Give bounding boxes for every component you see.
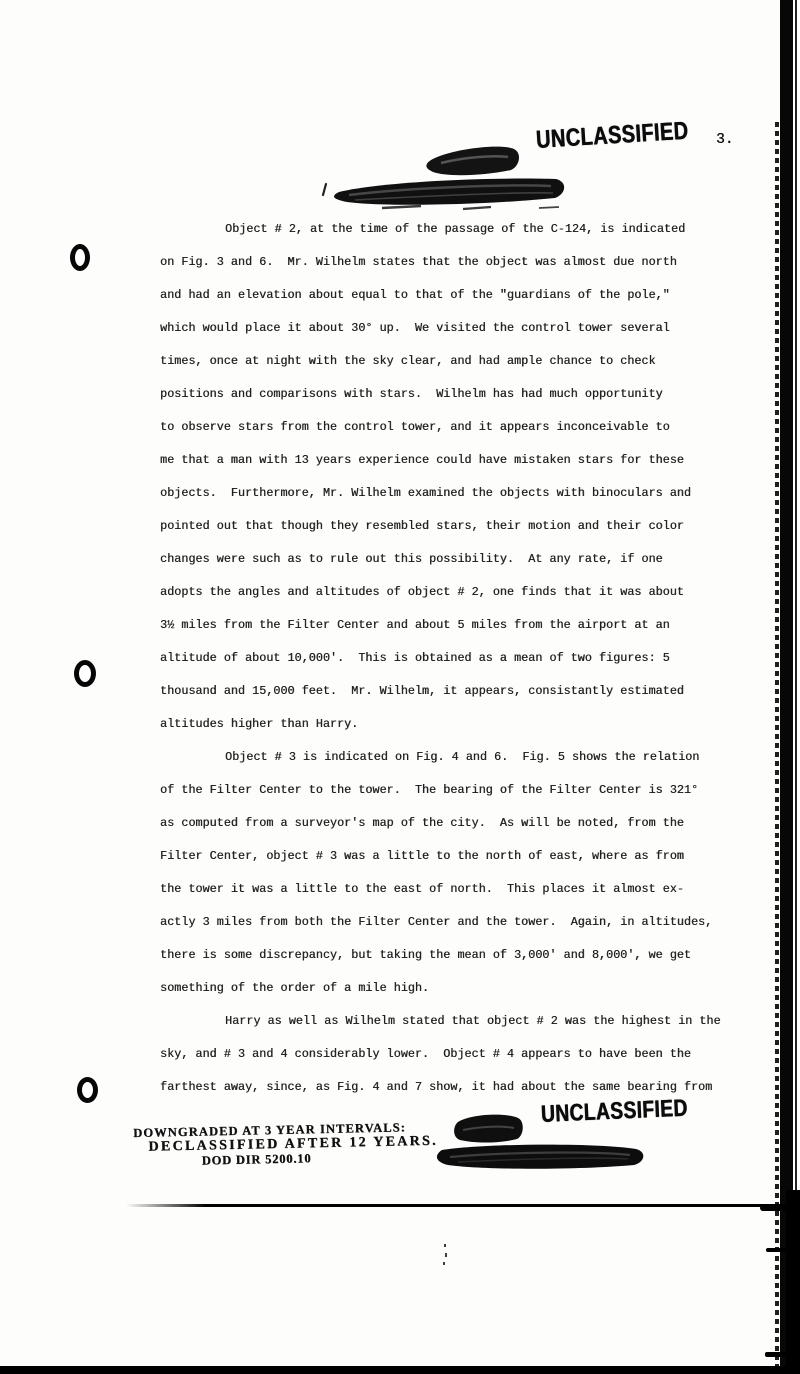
typed-line: and had an elevation about equal to that… [160, 279, 735, 312]
typed-line: positions and comparisons with stars. Wi… [160, 378, 735, 411]
typed-line: actly 3 miles from both the Filter Cente… [160, 906, 735, 939]
typed-line: Object # 2, at the time of the passage o… [160, 213, 735, 246]
downgrade-line-3: DOD DIR 5200.10 [202, 1151, 312, 1168]
redaction-scribble-top [315, 136, 585, 214]
typed-line: Harry as well as Wilhelm stated that obj… [160, 1005, 735, 1038]
typed-line: thousand and 15,000 feet. Mr. Wilhelm, i… [160, 675, 735, 708]
typed-line: me that a man with 13 years experience c… [160, 444, 735, 477]
scan-edge-right-band [780, 0, 793, 1374]
downgrade-stamp: DOWNGRADED AT 3 YEAR INTERVALS: DECLASSI… [131, 1119, 462, 1178]
typed-line: to observe stars from the control tower,… [160, 411, 735, 444]
redaction-scribble-bottom [428, 1104, 658, 1174]
hole-punch-bottom [77, 1077, 98, 1103]
scan-tick-mark [766, 1248, 791, 1252]
scan-horizontal-line [126, 1204, 788, 1207]
typed-line: altitudes higher than Harry. [160, 708, 735, 741]
typed-line: as computed from a surveyor's map of the… [160, 807, 735, 840]
typed-line: adopts the angles and altitudes of objec… [160, 576, 735, 609]
typed-line: altitude of about 10,000'. This is obtai… [160, 642, 735, 675]
typed-line: changes were such as to rule out this po… [160, 543, 735, 576]
typed-line: something of the order of a mile high. [160, 972, 735, 1005]
document-body: Object # 2, at the time of the passage o… [160, 213, 735, 1104]
scan-speck [445, 1253, 447, 1257]
typed-line: 3½ miles from the Filter Center and abou… [160, 609, 735, 642]
scan-edge-rough-line [775, 122, 779, 1374]
typed-line: there is some discrepancy, but taking th… [160, 939, 735, 972]
typed-line: pointed out that though they resembled s… [160, 510, 735, 543]
typed-line: times, once at night with the sky clear,… [160, 345, 735, 378]
scan-edge-right-band-lower [786, 1190, 800, 1374]
typed-line: objects. Furthermore, Mr. Wilhelm examin… [160, 477, 735, 510]
hole-punch-top [70, 244, 90, 271]
typed-line: the tower it was a little to the east of… [160, 873, 735, 906]
typed-line: which would place it about 30° up. We vi… [160, 312, 735, 345]
scan-edge-right-line [795, 0, 797, 1374]
typed-line: Filter Center, object # 3 was a little t… [160, 840, 735, 873]
typed-line: of the Filter Center to the tower. The b… [160, 774, 735, 807]
scan-speck [444, 1244, 446, 1247]
hole-punch-middle [74, 660, 96, 687]
typed-line: sky, and # 3 and 4 considerably lower. O… [160, 1038, 735, 1071]
scan-edge-bottom-bar [0, 1366, 800, 1374]
typed-line: Object # 3 is indicated on Fig. 4 and 6.… [160, 741, 735, 774]
page-number: 3. [716, 132, 733, 148]
typed-line: on Fig. 3 and 6. Mr. Wilhelm states that… [160, 246, 735, 279]
scanned-document-page: UNCLASSIFIED 3. Object # 2, at the time … [0, 0, 800, 1374]
scan-tick-mark [765, 1352, 791, 1357]
scan-speck [443, 1262, 445, 1265]
